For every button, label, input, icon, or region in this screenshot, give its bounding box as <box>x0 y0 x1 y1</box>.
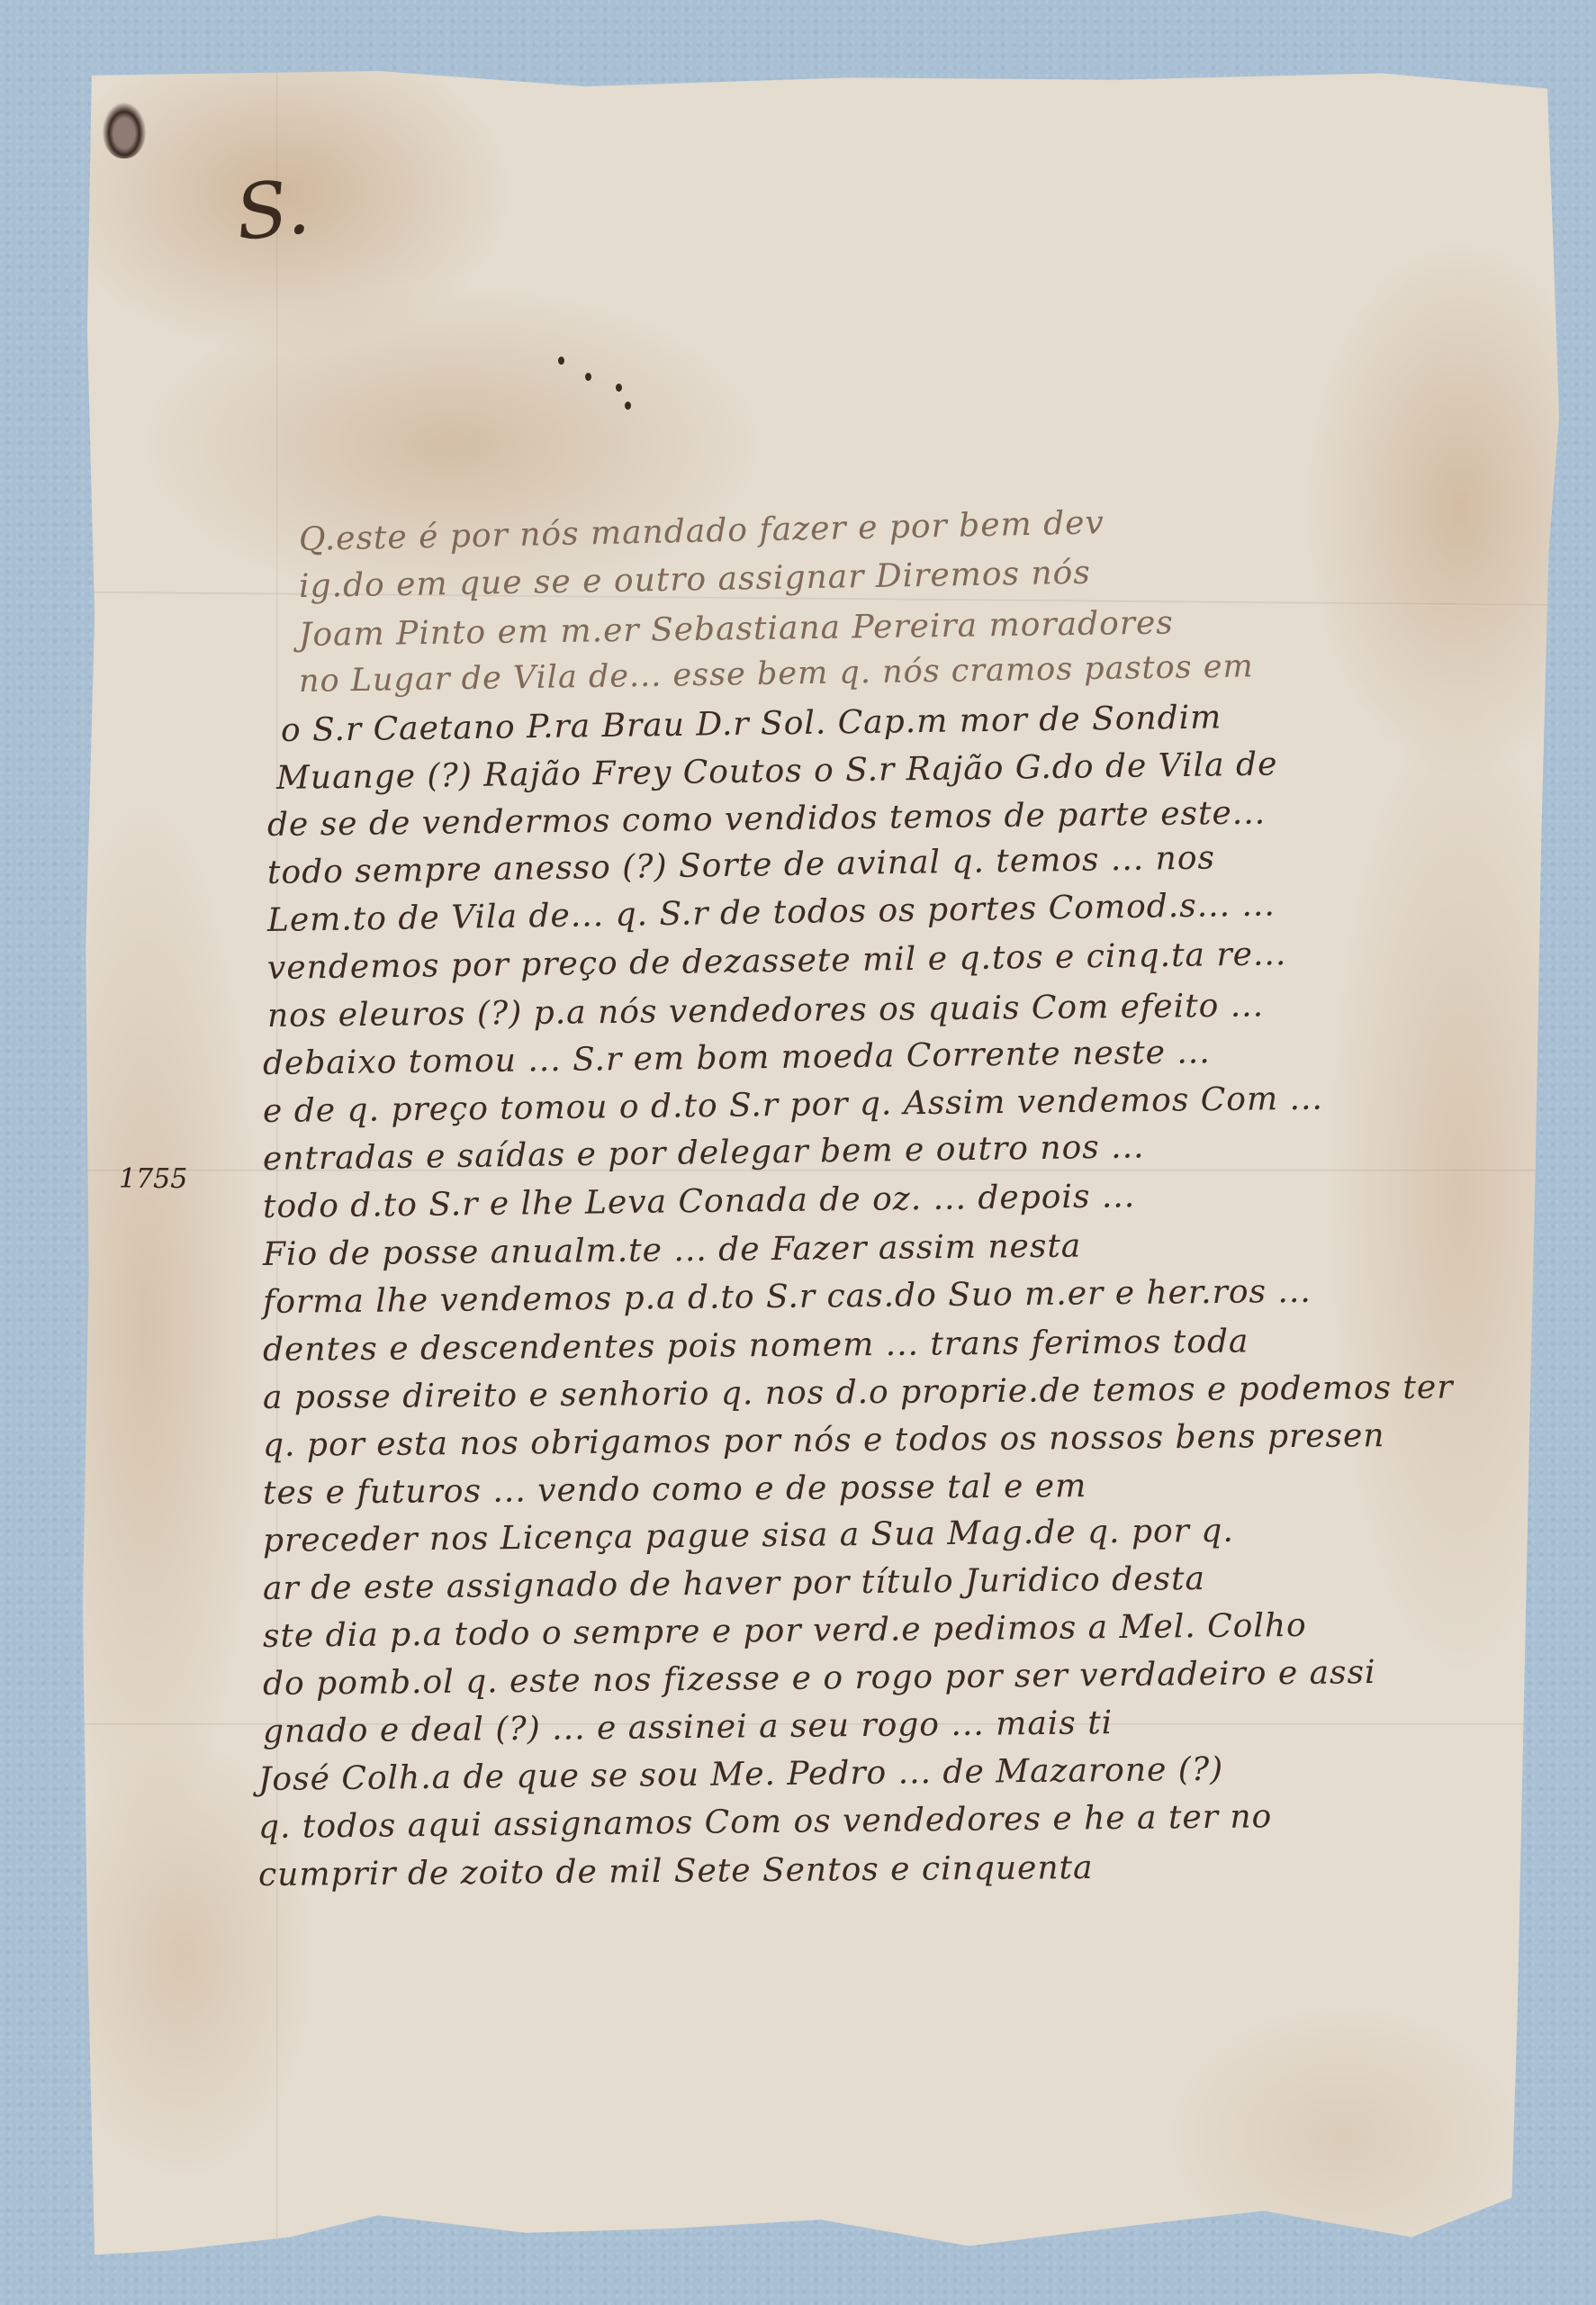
ink-blot <box>625 402 631 410</box>
text-line: gnado e deal (?) ... e assinei a seu rog… <box>263 1704 1114 1750</box>
text-line: vendemos por preço de dezassete mil e q.… <box>267 936 1287 987</box>
text-line: José Colh.a de que se sou Me. Pedro ... … <box>258 1751 1224 1798</box>
text-line: o S.r Caetano P.ra Brau D.r Sol. Cap.m m… <box>281 699 1222 749</box>
text-line: de se de vendermos como vendidos temos d… <box>267 794 1267 844</box>
water-stain <box>1298 229 1559 787</box>
text-line: todo d.to S.r e lhe Leva Conada de oz. .… <box>263 1178 1136 1225</box>
heading-mark: S. <box>231 162 313 258</box>
water-stain <box>137 283 767 607</box>
text-line: Joam Pinto em m.er Sebastiana Pereira mo… <box>299 604 1174 654</box>
text-line: Fio de posse anualm.te ... de Fazer assi… <box>263 1227 1082 1273</box>
text-line: preceder nos Licença pague sisa a Sua Ma… <box>263 1513 1234 1559</box>
water-stain <box>1325 697 1559 1687</box>
ink-blot <box>585 373 591 381</box>
text-line: Q.este é por nós mandado fazer e por bem… <box>299 504 1105 558</box>
text-line: Lem.to de Vila de... q. S.r de todos os … <box>267 886 1276 939</box>
text-line: q. por esta nos obrigamos por nós e todo… <box>263 1417 1385 1464</box>
ink-burn-hole <box>103 103 146 158</box>
ink-blot <box>558 357 564 365</box>
text-line: q. todos aqui assignamos Com os vendedor… <box>258 1798 1273 1846</box>
text-line: a posse direito e senhorio q. nos d.o pr… <box>263 1369 1454 1416</box>
text-line: debaixo tomou ... S.r em bom moeda Corre… <box>263 1034 1211 1082</box>
text-line: ar de este assignado de haver por título… <box>263 1560 1205 1607</box>
text-line: dentes e descendentes pois nomem ... tra… <box>263 1323 1249 1369</box>
text-line: tes e futuros ... vendo como e de posse … <box>263 1468 1087 1512</box>
water-stain <box>83 787 263 1867</box>
text-line: do pomb.ol q. este nos fizesse e o rogo … <box>263 1654 1376 1703</box>
text-line: no Lugar de Vila de... esse bem q. nós c… <box>299 648 1254 700</box>
ink-blot <box>616 384 622 392</box>
text-line: forma lhe vendemos p.a d.to S.r cas.do S… <box>263 1273 1312 1321</box>
text-line: ste dia p.a todo o sempre e por verd.e p… <box>263 1607 1307 1655</box>
text-line: e de q. preço tomou o d.to S.r por q. As… <box>263 1080 1323 1130</box>
water-stain <box>83 1732 317 2183</box>
margin-year-note: 1755 <box>119 1163 187 1195</box>
text-line: todo sempre anesso (?) Sorte de avinal q… <box>267 839 1216 891</box>
water-stain <box>1163 2002 1523 2264</box>
text-line: ig.do em que se e outro assignar Diremos… <box>299 555 1091 605</box>
text-line: nos eleuros (?) p.a nós vendedores os qu… <box>267 987 1264 1035</box>
manuscript-page: S. 1755 Q.este é por nós mandado fazer e… <box>83 67 1559 2264</box>
text-line: cumprir de zoito de mil Sete Sentos e ci… <box>258 1849 1094 1894</box>
text-line: Muange (?) Rajão Frey Coutos o S.r Rajão… <box>276 746 1278 797</box>
